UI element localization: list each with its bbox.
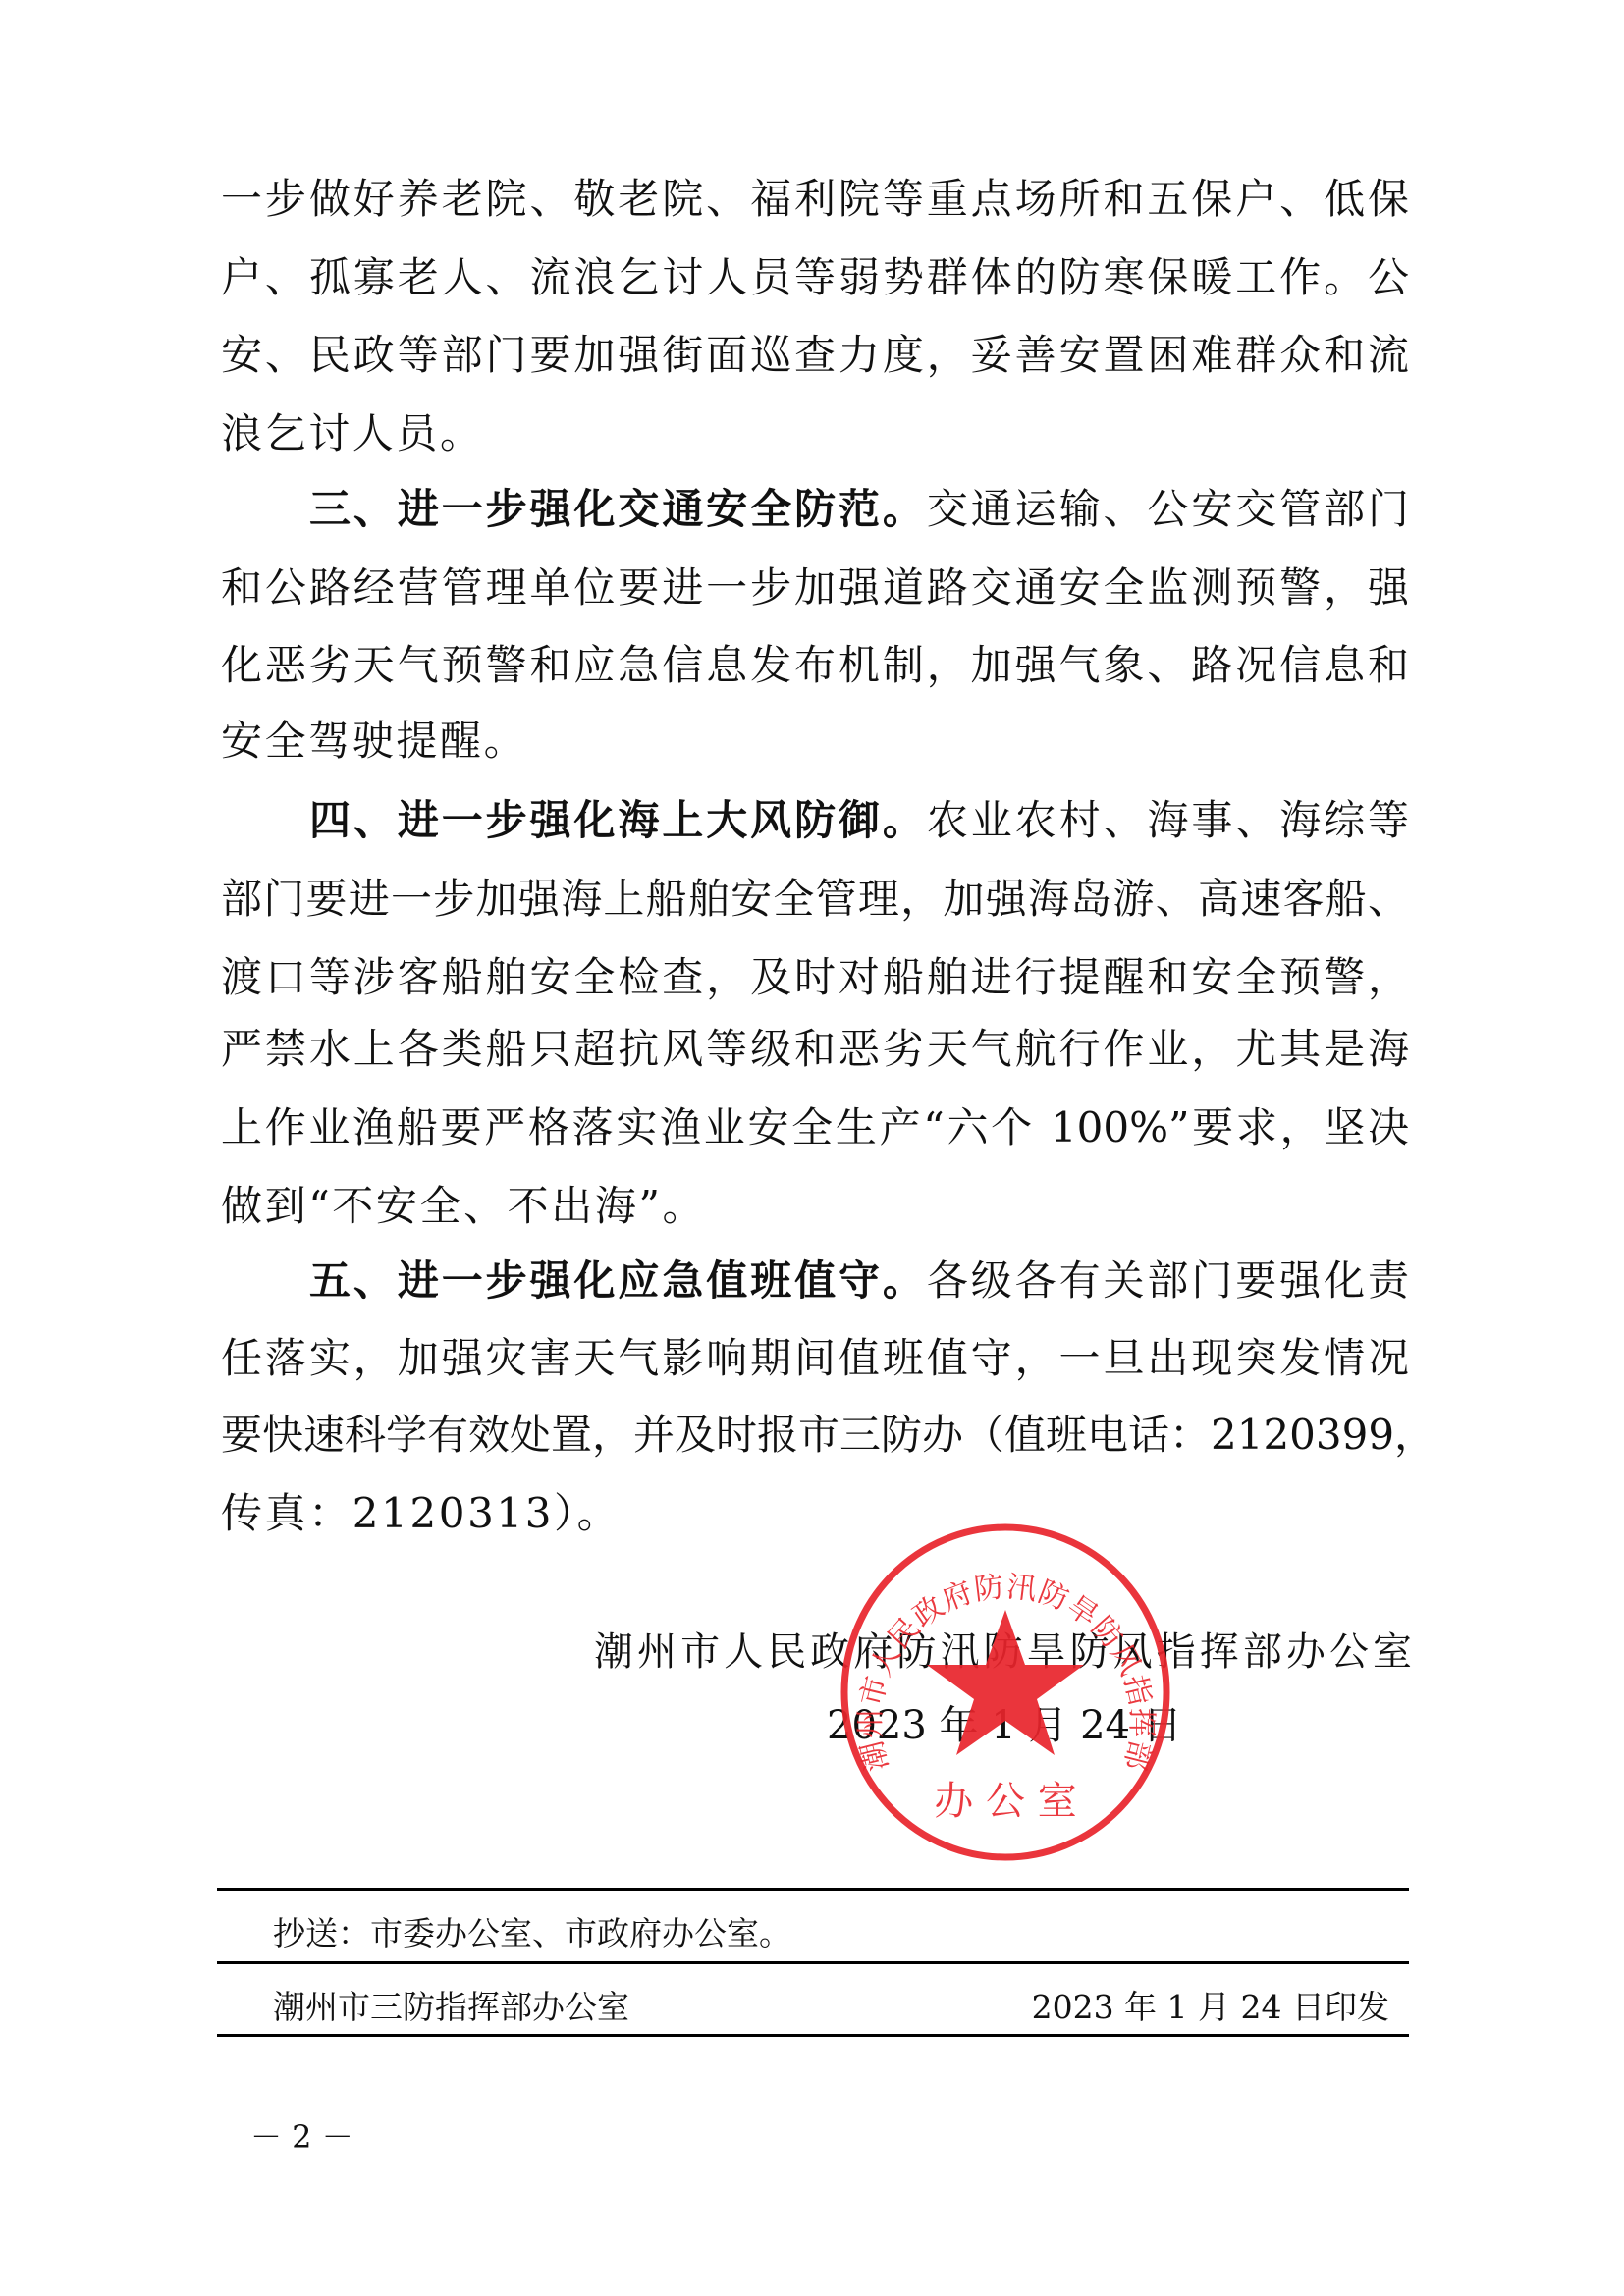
body-line: 户、孤寡老人、流浪乞讨人员等弱势群体的防寒保暖工作。公	[221, 239, 1409, 317]
section-4-heading: 四、进一步强化海上大风防御。	[309, 796, 927, 844]
section-3-first-line-text: 交通运输、公安交管部门	[927, 485, 1409, 533]
section-4-first-line-text: 农业农村、海事、海综等	[927, 796, 1409, 844]
cc-label: 抄送：	[273, 1914, 370, 1952]
section-5-first-line: 五、进一步强化应急值班值守。各级各有关部门要强化责	[309, 1242, 1409, 1320]
body-line: 做到“不安全、不出海”。	[221, 1167, 1409, 1246]
section-4-first-line: 四、进一步强化海上大风防御。农业农村、海事、海综等	[309, 781, 1409, 860]
body-line: 严禁水上各类船只超抗风等级和恶劣天气航行作业，尤其是海	[221, 1010, 1409, 1089]
body-line: 部门要进一步加强海上船舶安全管理，加强海岛游、高速客船、	[221, 860, 1409, 938]
body-line: 化恶劣天气预警和应急信息发布机制，加强气象、路况信息和	[221, 626, 1409, 705]
section-3-heading: 三、进一步强化交通安全防范。	[309, 485, 927, 533]
document-page: 一步做好养老院、敬老院、福利院等重点场所和五保户、低保 户、孤寡老人、流浪乞讨人…	[0, 0, 1624, 2296]
signature-date: 2023 年 1 月 24 日	[827, 1696, 1151, 1755]
signature-organization: 潮州市人民政府防汛防旱防风指挥部办公室	[594, 1623, 1412, 1682]
footer-rule-top	[217, 1888, 1409, 1891]
body-line: 和公路经营管理单位要进一步加强道路交通安全监测预警，强	[221, 549, 1409, 627]
body-line: 浪乞讨人员。	[221, 395, 1409, 473]
body-line: 安全驾驶提醒。	[221, 702, 1409, 780]
body-line: 传真：2120313）。	[221, 1474, 1409, 1553]
footer-rule-middle	[217, 1961, 1409, 1964]
issue-date: 2023 年 1 月 24 日印发	[1018, 1983, 1389, 2032]
body-line: 任落实，加强灾害天气影响期间值班值守，一旦出现突发情况	[221, 1319, 1409, 1398]
stamp-bottom-text: 办 公 室	[934, 1779, 1076, 1824]
body-line: 安、民政等部门要加强街面巡查力度，妥善安置困难群众和流	[221, 316, 1409, 395]
footer-rule-bottom	[217, 2034, 1409, 2037]
page-number: － 2 －	[250, 2112, 353, 2162]
section-5-heading: 五、进一步强化应急值班值守。	[309, 1256, 927, 1305]
cc-line: 抄送：市委办公室、市政府办公室。	[273, 1909, 791, 1958]
section-5-first-line-text: 各级各有关部门要强化责	[927, 1256, 1409, 1305]
body-line: 渡口等涉客船舶安全检查，及时对船舶进行提醒和安全预警，	[221, 938, 1409, 1017]
cc-recipients: 市委办公室、市政府办公室。	[370, 1914, 791, 1952]
body-line: 一步做好养老院、敬老院、福利院等重点场所和五保户、低保	[221, 160, 1409, 239]
body-line: 要快速科学有效处置，并及时报市三防办（值班电话：2120399，	[221, 1396, 1409, 1474]
official-seal-stamp: 潮州市人民政府防汛防旱防风指挥部 办 公 室	[837, 1520, 1175, 1863]
section-3-first-line: 三、进一步强化交通安全防范。交通运输、公安交管部门	[309, 470, 1409, 549]
issuer: 潮州市三防指挥部办公室	[273, 1983, 629, 2032]
body-line: 上作业渔船要严格落实渔业安全生产“六个 100%”要求，坚决	[221, 1089, 1409, 1167]
